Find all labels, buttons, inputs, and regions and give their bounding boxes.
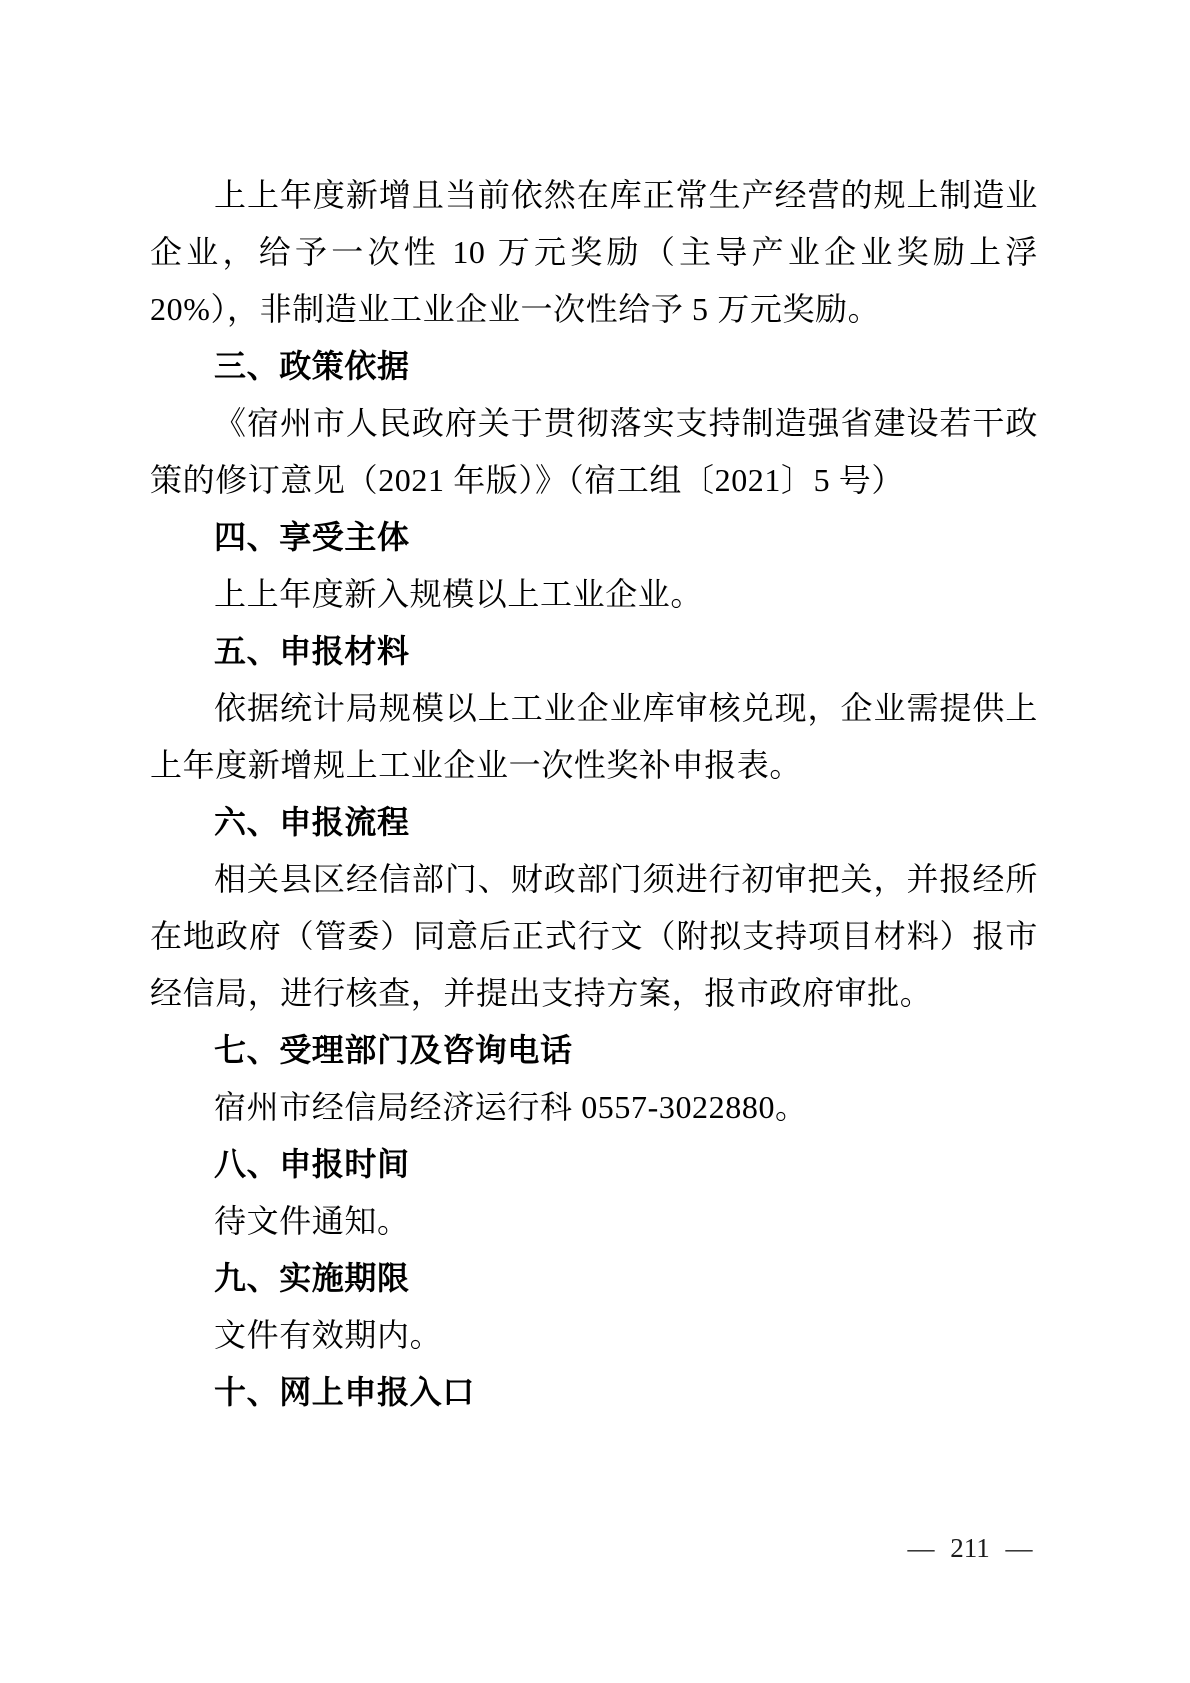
section-heading-apply-time: 八、申报时间 — [150, 1136, 1038, 1193]
document-page: { "document": { "blocks": [ { "type": "p… — [0, 0, 1190, 1683]
body-paragraph-duration: 文件有效期内。 — [150, 1307, 1038, 1364]
body-paragraph-process: 相关县区经信部门、财政部门须进行初审把关，并报经所在地政府（管委）同意后正式行文… — [150, 851, 1038, 1022]
body-paragraph-policy-basis: 《宿州市人民政府关于贯彻落实支持制造强省建设若干政策的修订意见（2021 年版）… — [150, 395, 1038, 509]
body-paragraph-materials: 依据统计局规模以上工业企业库审核兑现，企业需提供上上年度新增规上工业企业一次性奖… — [150, 680, 1038, 794]
section-heading-policy-basis: 三、政策依据 — [150, 338, 1038, 395]
body-paragraph-apply-time: 待文件通知。 — [150, 1193, 1038, 1250]
section-heading-materials: 五、申报材料 — [150, 623, 1038, 680]
body-paragraph-contact: 宿州市经信局经济运行科 0557-3022880。 — [150, 1079, 1038, 1136]
section-heading-contact: 七、受理部门及咨询电话 — [150, 1022, 1038, 1079]
body-paragraph-reward: 上上年度新增且当前依然在库正常生产经营的规上制造业企业，给予一次性 10 万元奖… — [150, 167, 1038, 338]
section-heading-process: 六、申报流程 — [150, 794, 1038, 851]
section-heading-duration: 九、实施期限 — [150, 1250, 1038, 1307]
section-heading-online-entry: 十、网上申报入口 — [150, 1364, 1038, 1421]
body-paragraph-beneficiary: 上上年度新入规模以上工业企业。 — [150, 566, 1038, 623]
section-heading-beneficiary: 四、享受主体 — [150, 509, 1038, 566]
page-number: — 211 — — [895, 1528, 1045, 1568]
document-body: 上上年度新增且当前依然在库正常生产经营的规上制造业企业，给予一次性 10 万元奖… — [150, 167, 1038, 1421]
